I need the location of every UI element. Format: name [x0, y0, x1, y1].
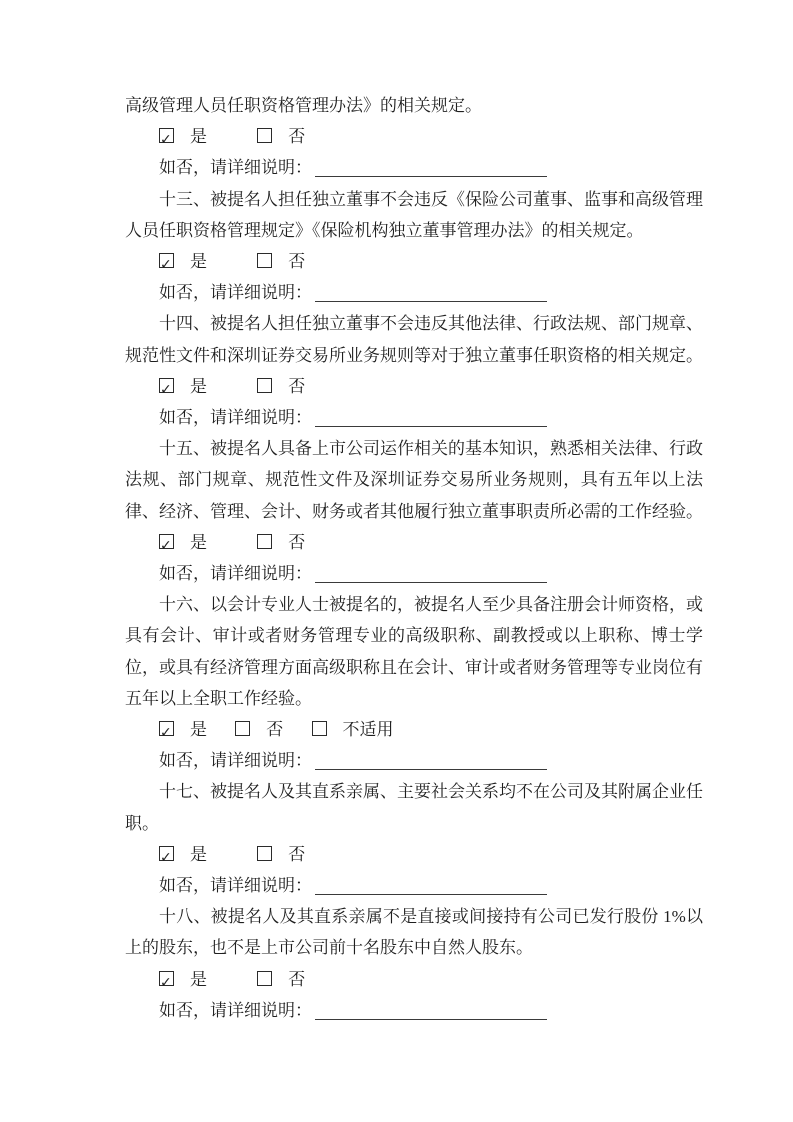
followup-row: 如否，请详细说明： [125, 745, 703, 776]
checkbox-checked-icon[interactable]: ✓ [159, 846, 174, 861]
answer-options: ✓是 ✓否 [125, 371, 703, 402]
check-mark-icon: ✓ [160, 531, 172, 562]
checkbox-unchecked-icon[interactable]: ✓ [257, 534, 272, 549]
option-label: 否 [288, 533, 305, 552]
document-page: 高级管理人员任职资格管理办法》的相关规定。 ✓是 ✓否 如否，请详细说明： 十三… [0, 0, 793, 1122]
check-mark-icon: ✓ [160, 375, 172, 406]
option-label: 是 [190, 720, 207, 739]
answer-options: ✓是 ✓否 [125, 839, 703, 870]
followup-row: 如否，请详细说明： [125, 995, 703, 1026]
answer-options: ✓是 ✓否 [125, 964, 703, 995]
check-mark-icon: ✓ [160, 843, 172, 874]
option-label: 是 [190, 533, 207, 552]
question-item-12-continuation: 高级管理人员任职资格管理办法》的相关规定。 ✓是 ✓否 如否，请详细说明： [125, 90, 703, 184]
checkbox-unchecked-icon[interactable]: ✓ [257, 971, 272, 986]
checkbox-unchecked-icon[interactable]: ✓ [257, 378, 272, 393]
answer-option[interactable]: ✓是 [159, 839, 207, 870]
explanation-blank-field[interactable] [315, 894, 547, 895]
followup-label: 如否，请详细说明： [159, 408, 312, 427]
question-item-16: 十六、以会计专业人士被提名的，被提名人至少具备注册会计师资格，或具有会计、审计或… [125, 589, 703, 776]
answer-option[interactable]: ✓是 [159, 371, 207, 402]
option-label: 否 [288, 845, 305, 864]
answer-options: ✓是 ✓否 [125, 121, 703, 152]
answer-option[interactable]: ✓否 [235, 714, 283, 745]
followup-label: 如否，请详细说明： [159, 751, 312, 770]
checkbox-checked-icon[interactable]: ✓ [159, 378, 174, 393]
explanation-blank-field[interactable] [315, 769, 547, 770]
check-mark-icon: ✓ [160, 968, 172, 999]
question-item-17: 十七、被提名人及其直系亲属、主要社会关系均不在公司及其附属企业任职。 ✓是 ✓否… [125, 776, 703, 901]
checkbox-checked-icon[interactable]: ✓ [159, 534, 174, 549]
followup-label: 如否，请详细说明： [159, 1001, 312, 1020]
answer-options: ✓是 ✓否 ✓不适用 [125, 714, 703, 745]
explanation-blank-field[interactable] [315, 582, 547, 583]
answer-options: ✓是 ✓否 [125, 246, 703, 277]
question-item-13: 十三、被提名人担任独立董事不会违反《保险公司董事、监事和高级管理人员任职资格管理… [125, 184, 703, 309]
followup-label: 如否，请详细说明： [159, 564, 312, 583]
answer-option[interactable]: ✓是 [159, 246, 207, 277]
checkbox-unchecked-icon[interactable]: ✓ [257, 253, 272, 268]
option-label: 是 [190, 377, 207, 396]
question-item-18: 十八、被提名人及其直系亲属不是直接或间接持有公司已发行股份 1%以上的股东，也不… [125, 901, 703, 1026]
option-label: 否 [288, 970, 305, 989]
checkbox-unchecked-icon[interactable]: ✓ [312, 721, 327, 736]
option-label: 否 [266, 720, 283, 739]
answer-option[interactable]: ✓否 [257, 527, 305, 558]
checkbox-unchecked-icon[interactable]: ✓ [257, 846, 272, 861]
explanation-blank-field[interactable] [315, 426, 547, 427]
option-label: 否 [288, 127, 305, 146]
option-label: 否 [288, 252, 305, 271]
question-statement: 十六、以会计专业人士被提名的，被提名人至少具备注册会计师资格，或具有会计、审计或… [125, 589, 703, 714]
followup-row: 如否，请详细说明： [125, 402, 703, 433]
answer-option[interactable]: ✓是 [159, 121, 207, 152]
explanation-blank-field[interactable] [315, 176, 547, 177]
checkbox-checked-icon[interactable]: ✓ [159, 721, 174, 736]
question-item-14: 十四、被提名人担任独立董事不会违反其他法律、行政法规、部门规章、规范性文件和深圳… [125, 308, 703, 433]
answer-option[interactable]: ✓不适用 [312, 714, 394, 745]
check-mark-icon: ✓ [160, 250, 172, 281]
followup-label: 如否，请详细说明： [159, 158, 312, 177]
option-label: 否 [288, 377, 305, 396]
answer-option[interactable]: ✓否 [257, 246, 305, 277]
check-mark-icon: ✓ [160, 125, 172, 156]
question-statement: 十七、被提名人及其直系亲属、主要社会关系均不在公司及其附属企业任职。 [125, 776, 703, 838]
answer-option[interactable]: ✓否 [257, 371, 305, 402]
followup-row: 如否，请详细说明： [125, 152, 703, 183]
check-mark-icon: ✓ [160, 718, 172, 749]
question-statement: 高级管理人员任职资格管理办法》的相关规定。 [125, 90, 703, 121]
option-label: 是 [190, 970, 207, 989]
answer-option[interactable]: ✓否 [257, 121, 305, 152]
option-label: 是 [190, 845, 207, 864]
option-label: 是 [190, 127, 207, 146]
explanation-blank-field[interactable] [315, 1019, 547, 1020]
question-item-15: 十五、被提名人具备上市公司运作相关的基本知识，熟悉相关法律、行政法规、部门规章、… [125, 433, 703, 589]
answer-option[interactable]: ✓否 [257, 839, 305, 870]
explanation-blank-field[interactable] [315, 301, 547, 302]
followup-row: 如否，请详细说明： [125, 870, 703, 901]
questionnaire-body: 高级管理人员任职资格管理办法》的相关规定。 ✓是 ✓否 如否，请详细说明： 十三… [125, 90, 703, 1026]
followup-row: 如否，请详细说明： [125, 277, 703, 308]
question-statement: 十三、被提名人担任独立董事不会违反《保险公司董事、监事和高级管理人员任职资格管理… [125, 184, 703, 246]
followup-label: 如否，请详细说明： [159, 283, 312, 302]
followup-row: 如否，请详细说明： [125, 558, 703, 589]
question-statement: 十八、被提名人及其直系亲属不是直接或间接持有公司已发行股份 1%以上的股东，也不… [125, 901, 703, 963]
answer-option[interactable]: ✓是 [159, 964, 207, 995]
answer-option[interactable]: ✓否 [257, 964, 305, 995]
answer-option[interactable]: ✓是 [159, 714, 207, 745]
question-statement: 十四、被提名人担任独立董事不会违反其他法律、行政法规、部门规章、规范性文件和深圳… [125, 308, 703, 370]
checkbox-checked-icon[interactable]: ✓ [159, 971, 174, 986]
answer-options: ✓是 ✓否 [125, 527, 703, 558]
checkbox-checked-icon[interactable]: ✓ [159, 253, 174, 268]
checkbox-unchecked-icon[interactable]: ✓ [235, 721, 250, 736]
checkbox-unchecked-icon[interactable]: ✓ [257, 128, 272, 143]
question-statement: 十五、被提名人具备上市公司运作相关的基本知识，熟悉相关法律、行政法规、部门规章、… [125, 433, 703, 527]
followup-label: 如否，请详细说明： [159, 876, 312, 895]
checkbox-checked-icon[interactable]: ✓ [159, 128, 174, 143]
answer-option[interactable]: ✓是 [159, 527, 207, 558]
option-label: 不适用 [343, 720, 394, 739]
option-label: 是 [190, 252, 207, 271]
